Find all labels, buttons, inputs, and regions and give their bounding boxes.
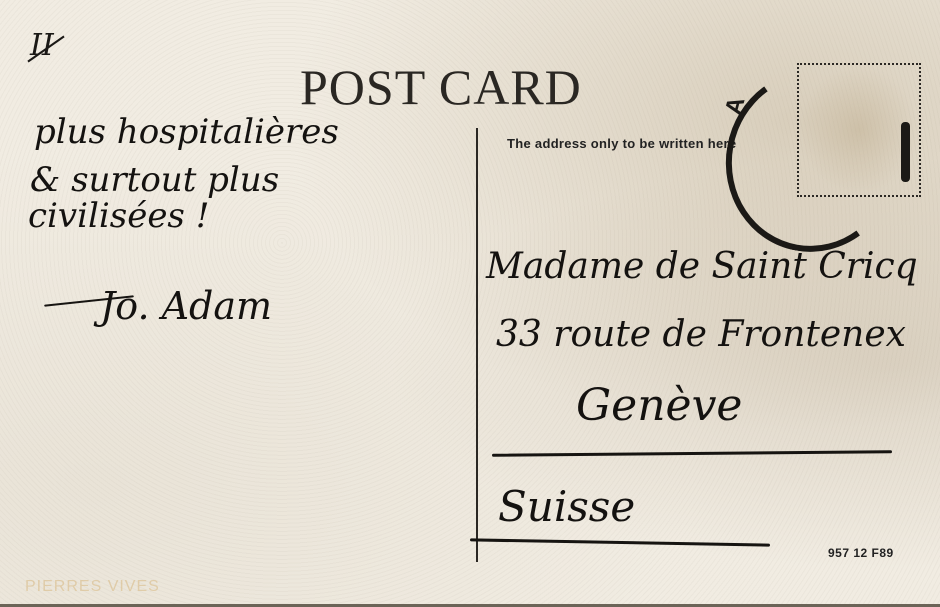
signature: Jo. Adam xyxy=(100,284,272,328)
recipient-name: Madame de Saint Cricq xyxy=(486,246,918,287)
address-instruction: The address only to be written here xyxy=(507,136,736,151)
postmark-text: A xyxy=(720,94,752,118)
postcard-title: POST CARD xyxy=(300,58,582,116)
watermark: PIERRES VIVES xyxy=(25,578,160,596)
recipient-street: 33 route de Frontenex xyxy=(496,314,906,355)
center-divider xyxy=(476,128,478,562)
cancellation-mark xyxy=(901,122,910,182)
postcard-back: II POST CARD plus hospitalières & surtou… xyxy=(0,0,940,607)
recipient-city: Genève xyxy=(576,380,742,431)
city-underline xyxy=(492,450,892,456)
country-underline xyxy=(470,538,770,546)
message-line-2: & surtout plus xyxy=(30,160,279,200)
message-line-1: plus hospitalières xyxy=(34,112,339,152)
section-mark: II xyxy=(30,28,54,63)
message-line-3: civilisées ! xyxy=(28,196,209,236)
recipient-country: Suisse xyxy=(498,482,635,531)
print-code: 957 12 F89 xyxy=(828,546,894,560)
